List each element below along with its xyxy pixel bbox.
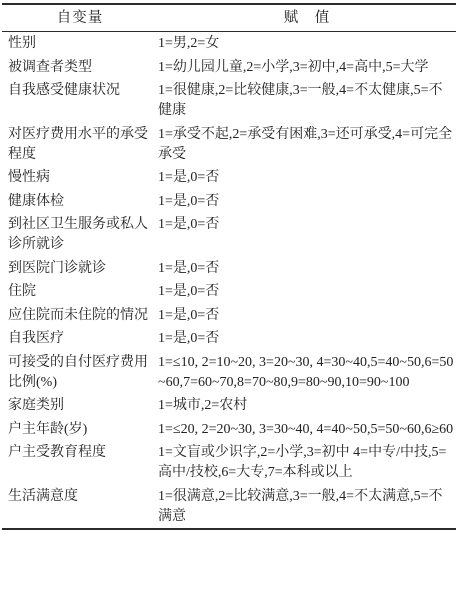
header-row: 自变量 赋 值 <box>2 4 456 32</box>
table-row: 住院 1=是,0=否 <box>2 280 456 304</box>
value-cell: 1=是,0=否 <box>158 327 456 351</box>
table-row: 应住院而未住院的情况 1=是,0=否 <box>2 304 456 328</box>
value-cell: 1=很健康,2=比较健康,3=一般,4=不太健康,5=不健康 <box>158 79 456 123</box>
variable-cell: 健康体检 <box>2 190 158 214</box>
value-cell: 1=是,0=否 <box>158 190 456 214</box>
value-cell: 1=≤20, 2=20~30, 3=30~40, 4=40~50,5=50~60… <box>158 418 456 442</box>
header-variable: 自变量 <box>2 4 158 32</box>
value-cell: 1=是,0=否 <box>158 213 456 257</box>
table-row: 自我感受健康状况 1=很健康,2=比较健康,3=一般,4=不太健康,5=不健康 <box>2 79 456 123</box>
value-cell: 1=是,0=否 <box>158 304 456 328</box>
table-row: 家庭类别 1=城市,2=农村 <box>2 394 456 418</box>
variable-assignment-table: 自变量 赋 值 性别 1=男,2=女 被调查者类型 1=幼儿园儿童,2=小学,3… <box>2 3 456 530</box>
variable-cell: 可接受的自付医疗费用比例(%) <box>2 351 158 395</box>
value-cell: 1=幼儿园儿童,2=小学,3=初中,4=高中,5=大学 <box>158 56 456 80</box>
value-cell: 1=很满意,2=比较满意,3=一般,4=不太满意,5=不满意 <box>158 485 456 530</box>
header-assignment: 赋 值 <box>158 4 456 32</box>
variable-cell: 到医院门诊就诊 <box>2 257 158 281</box>
table-row: 到社区卫生服务或私人诊所就诊 1=是,0=否 <box>2 213 456 257</box>
variable-cell: 户主受教育程度 <box>2 441 158 485</box>
variable-cell: 被调查者类型 <box>2 56 158 80</box>
table-header: 自变量 赋 值 <box>2 4 456 32</box>
table-row: 被调查者类型 1=幼儿园儿童,2=小学,3=初中,4=高中,5=大学 <box>2 56 456 80</box>
table-body: 性别 1=男,2=女 被调查者类型 1=幼儿园儿童,2=小学,3=初中,4=高中… <box>2 32 456 530</box>
value-cell: 1=是,0=否 <box>158 166 456 190</box>
value-cell: 1=承受不起,2=承受有困难,3=还可承受,4=可完全承受 <box>158 123 456 167</box>
value-cell: 1=城市,2=农村 <box>158 394 456 418</box>
table-row: 户主年龄(岁) 1=≤20, 2=20~30, 3=30~40, 4=40~50… <box>2 418 456 442</box>
table-row: 生活满意度 1=很满意,2=比较满意,3=一般,4=不太满意,5=不满意 <box>2 485 456 530</box>
value-cell: 1=是,0=否 <box>158 280 456 304</box>
table-row: 性别 1=男,2=女 <box>2 32 456 56</box>
variable-cell: 应住院而未住院的情况 <box>2 304 158 328</box>
value-cell: 1=≤10, 2=10~20, 3=20~30, 4=30~40,5=40~50… <box>158 351 456 395</box>
variable-cell: 自我感受健康状况 <box>2 79 158 123</box>
variable-cell: 到社区卫生服务或私人诊所就诊 <box>2 213 158 257</box>
variable-cell: 家庭类别 <box>2 394 158 418</box>
variable-cell: 性别 <box>2 32 158 56</box>
table-row: 对医疗费用水平的承受程度 1=承受不起,2=承受有困难,3=还可承受,4=可完全… <box>2 123 456 167</box>
table-row: 自我医疗 1=是,0=否 <box>2 327 456 351</box>
variable-cell: 生活满意度 <box>2 485 158 530</box>
variable-cell: 慢性病 <box>2 166 158 190</box>
value-cell: 1=男,2=女 <box>158 32 456 56</box>
table-row: 户主受教育程度 1=文盲或少识字,2=小学,3=初中 4=中专/中技,5=高中/… <box>2 441 456 485</box>
table-row: 健康体检 1=是,0=否 <box>2 190 456 214</box>
value-cell: 1=文盲或少识字,2=小学,3=初中 4=中专/中技,5=高中/技校,6=大专,… <box>158 441 456 485</box>
variable-cell: 住院 <box>2 280 158 304</box>
variable-cell: 自我医疗 <box>2 327 158 351</box>
value-cell: 1=是,0=否 <box>158 257 456 281</box>
table-row: 慢性病 1=是,0=否 <box>2 166 456 190</box>
variable-cell: 对医疗费用水平的承受程度 <box>2 123 158 167</box>
table-row: 到医院门诊就诊 1=是,0=否 <box>2 257 456 281</box>
table-row: 可接受的自付医疗费用比例(%) 1=≤10, 2=10~20, 3=20~30,… <box>2 351 456 395</box>
variable-cell: 户主年龄(岁) <box>2 418 158 442</box>
